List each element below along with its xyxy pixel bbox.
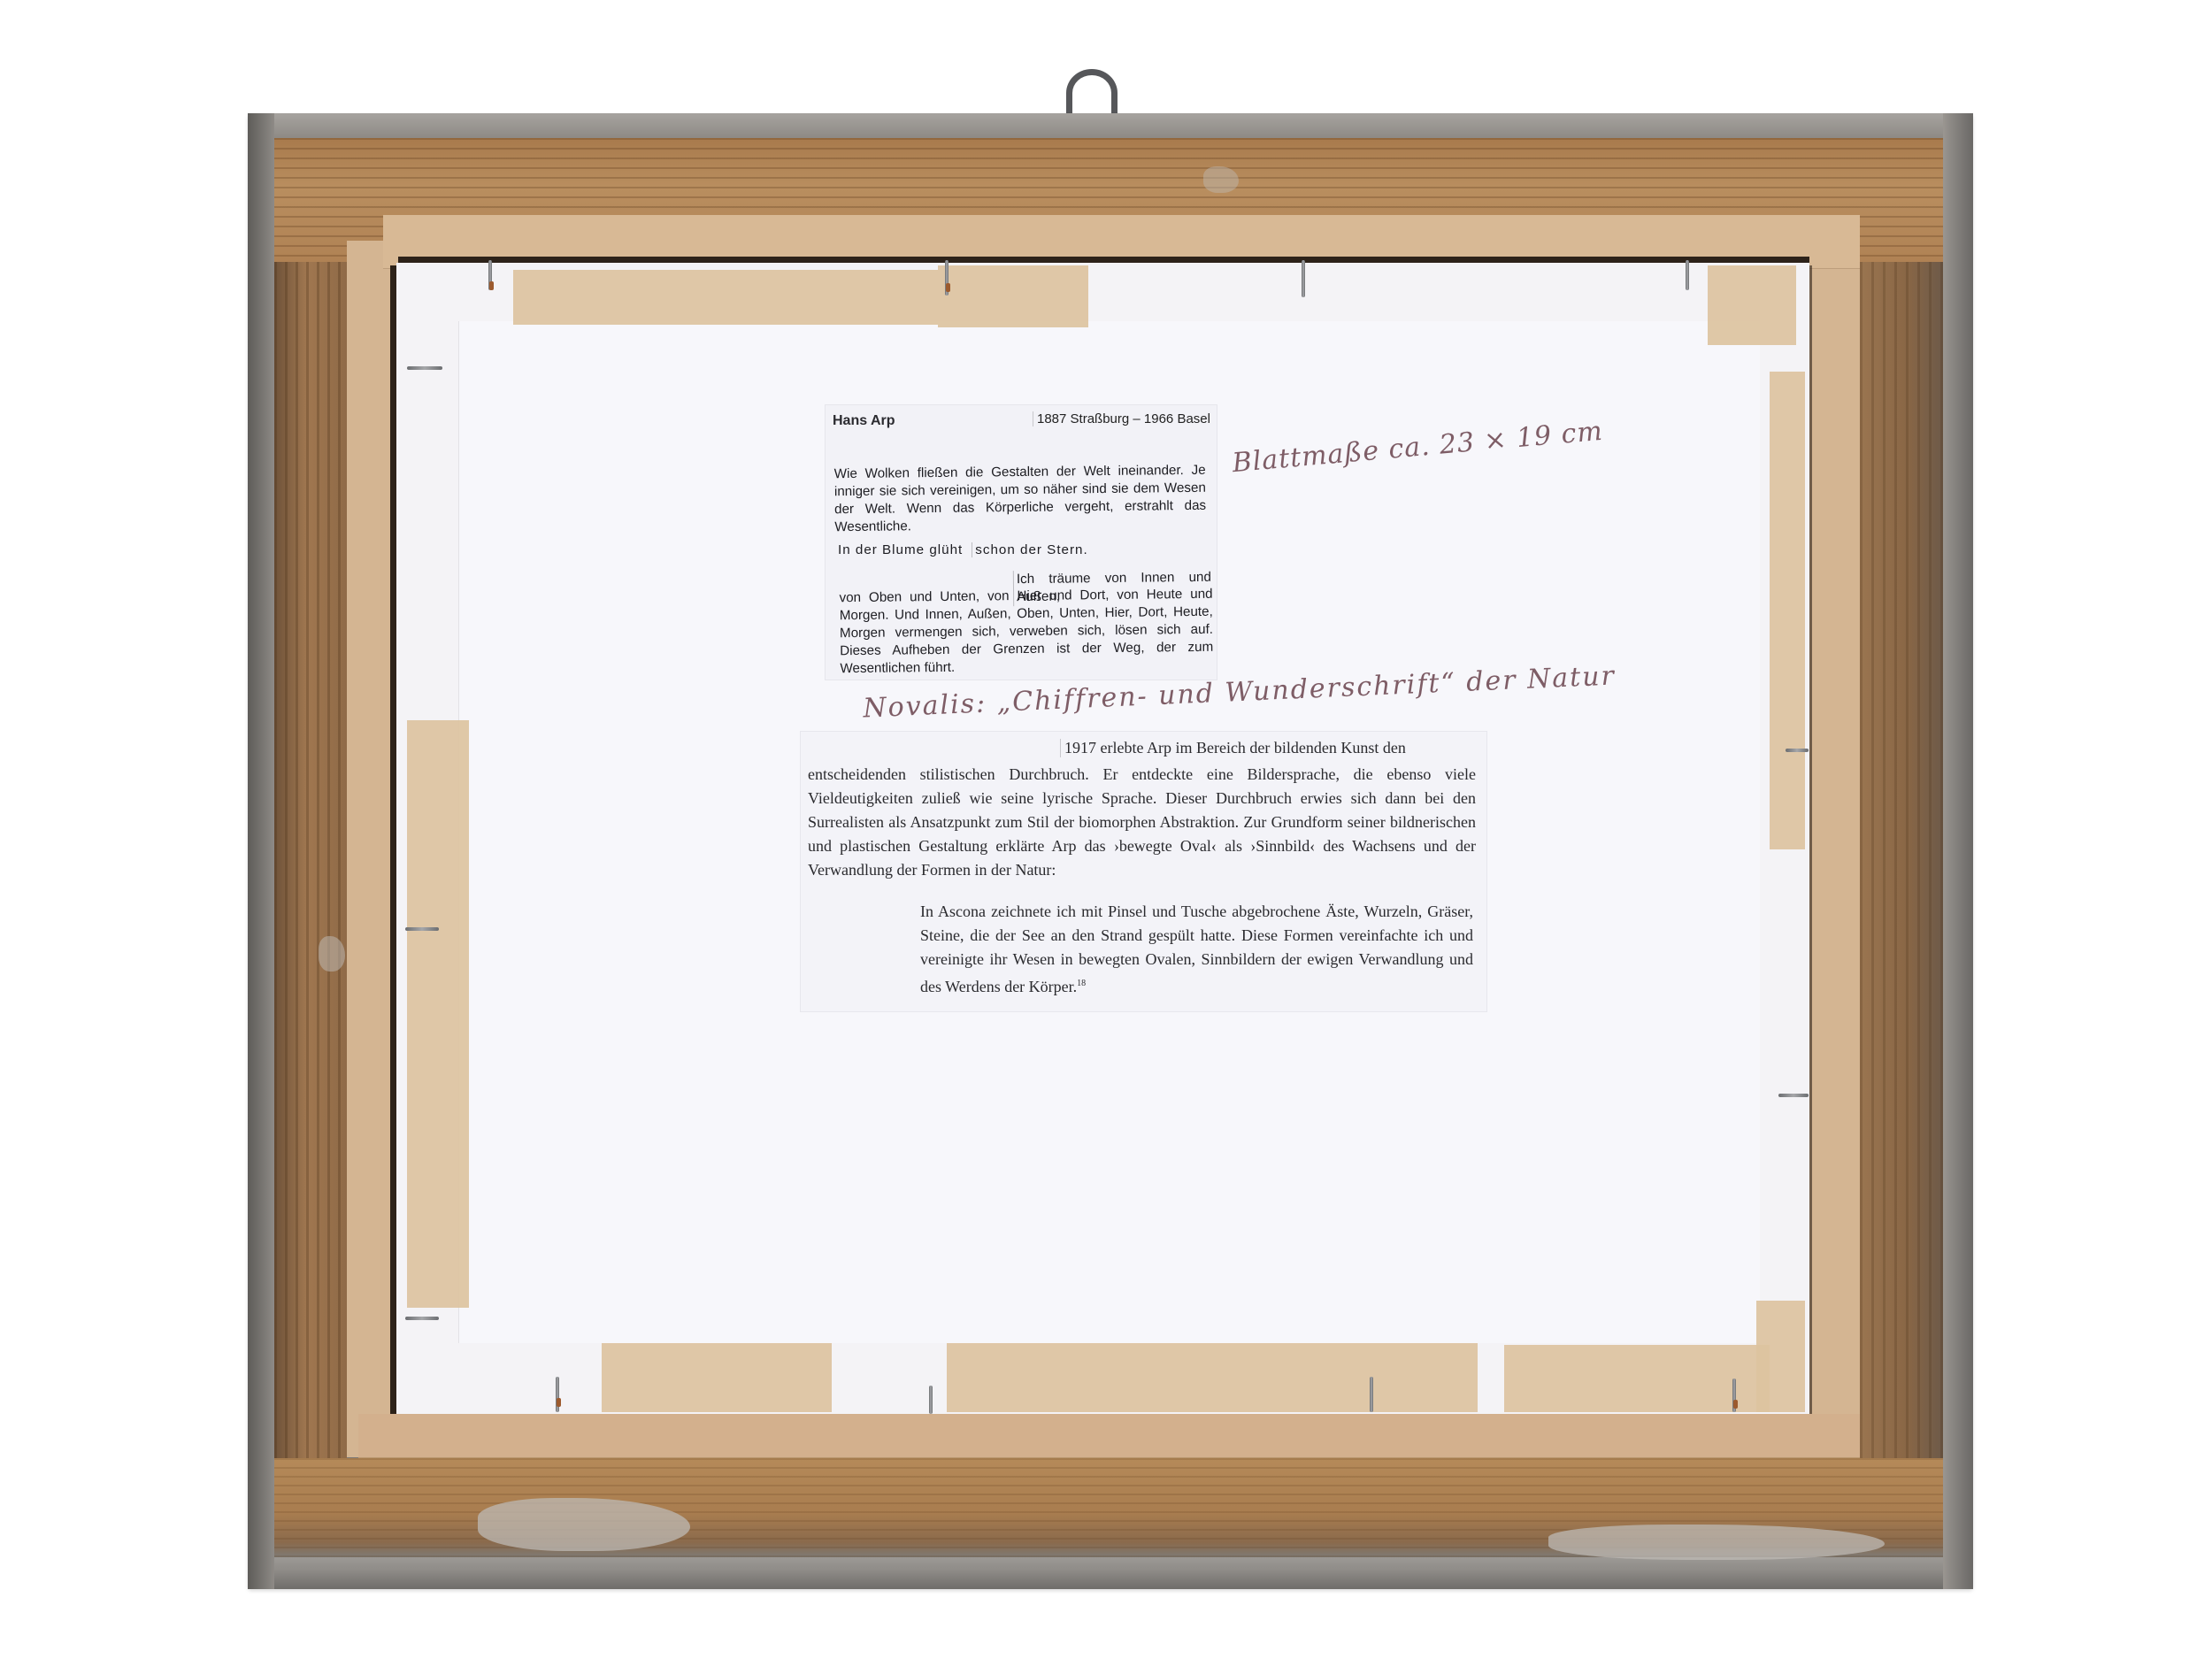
label-text: schon der Stern.	[972, 542, 1087, 557]
label-paragraph: In der Blume glühtschon der Stern.	[838, 541, 1210, 559]
tape-stain-corner	[1756, 1301, 1805, 1412]
rust-spot	[557, 1398, 561, 1407]
essay-paragraph: entscheidenden stilistischen Durchbruch.…	[808, 763, 1476, 882]
nail	[1302, 260, 1305, 297]
footnote-marker: 18	[1077, 979, 1086, 988]
label-text: In der Blume glüht	[838, 542, 963, 557]
nail	[929, 1386, 933, 1414]
weathering-patch	[319, 936, 345, 972]
essay-quote: In Ascona zeichnete ich mit Pinsel und T…	[920, 900, 1473, 999]
tape-stain-bottom	[947, 1343, 1478, 1412]
artist-life-dates: 1887 Straßburg – 1966 Basel	[1033, 411, 1210, 426]
catalog-label: Hans Arp 1887 Straßburg – 1966 Basel Wie…	[826, 405, 1217, 680]
frame-edge-left	[248, 113, 274, 1589]
tape-stain-top	[513, 270, 938, 325]
frame-edge-right	[1943, 113, 1973, 1589]
nail	[1686, 260, 1689, 290]
weathering-patch	[1203, 166, 1239, 193]
nail	[556, 1377, 559, 1412]
quote-text: In Ascona zeichnete ich mit Pinsel und T…	[920, 902, 1473, 995]
rust-spot	[1733, 1400, 1738, 1409]
frame-rail-right	[1860, 262, 1943, 1458]
board-gap-top	[398, 257, 1809, 263]
nail	[1778, 1094, 1809, 1097]
nail	[1786, 749, 1809, 752]
tape-stain-bottom	[1504, 1345, 1770, 1412]
tape-stain-top	[938, 265, 1088, 327]
essay-first-line: 1917 erlebte Arp im Bereich der bildende…	[1060, 739, 1406, 757]
kraft-tape-bottom-strip	[358, 1414, 1860, 1458]
tape-stain-right	[1770, 372, 1805, 849]
frame-edge-top	[248, 113, 1973, 138]
artist-name: Hans Arp	[833, 413, 895, 429]
weathering-patch	[1548, 1525, 1885, 1560]
nail	[405, 1317, 439, 1320]
board-gap-right	[1809, 265, 1812, 1414]
tape-stain-left	[407, 720, 469, 1308]
tape-stain-corner	[1708, 265, 1796, 345]
essay-label: 1917 erlebte Arp im Bereich der bildende…	[801, 732, 1486, 1011]
nail	[405, 927, 439, 931]
nail	[1370, 1377, 1373, 1412]
board-gap-left	[390, 265, 396, 1414]
label-paragraph: Wie Wolken fließen die Gestalten der Wel…	[834, 462, 1207, 536]
rust-spot	[489, 281, 494, 290]
tape-stain-bottom	[602, 1343, 832, 1412]
label-paragraph: von Oben und Unten, von Hier und Dort, v…	[839, 586, 1213, 678]
frame-edge-bottom	[248, 1557, 1973, 1589]
frame-rail-left	[274, 262, 347, 1458]
nail	[407, 366, 442, 370]
rust-spot	[946, 283, 950, 292]
